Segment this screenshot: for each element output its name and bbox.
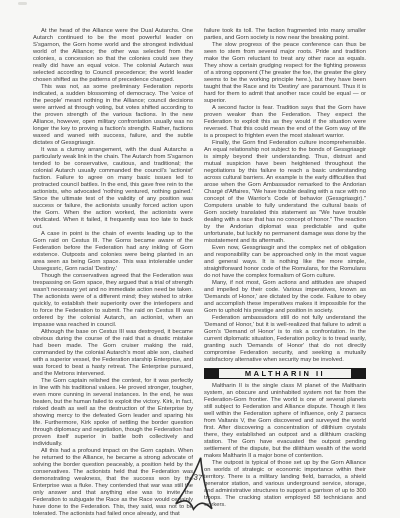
body-paragraph: All this had a profound impact on the Go… <box>33 448 193 518</box>
body-paragraph: Many, if not most, Gorn actions and atti… <box>204 280 366 315</box>
body-paragraph: The outpost is typical of those set up b… <box>204 460 366 509</box>
body-paragraph: Maltharin II is the single class M plane… <box>204 383 366 460</box>
page-number-delta: 37 <box>173 453 220 514</box>
page-number: 37 <box>193 472 204 482</box>
document-page: { "colors": { "paper": "#f7f7f5", "ink":… <box>0 0 400 518</box>
body-paragraph: At the head of the Alliance were the Dua… <box>33 28 193 84</box>
body-paragraph: The slow progress of the peace conferenc… <box>204 42 366 105</box>
body-paragraph: failure took its toll. The faction fragm… <box>204 28 366 42</box>
body-paragraph: A case in point is the chain of events l… <box>33 231 193 273</box>
delta-outline <box>175 455 218 512</box>
heading-bar-right-block <box>351 369 366 378</box>
right-column-upper-text: failure took its toll. The faction fragm… <box>204 28 366 364</box>
right-column: failure took its toll. The faction fragm… <box>204 28 366 509</box>
body-paragraph: This was not, as some preliminary Federa… <box>33 84 193 147</box>
body-paragraph: A second factor is fear. Tradition says … <box>204 105 366 140</box>
body-paragraph: Although the base on Cestus III was dest… <box>33 329 193 378</box>
body-paragraph: Though the conservatives agreed that the… <box>33 273 193 329</box>
body-paragraph: The Gorn captain relished the contest, f… <box>33 378 193 448</box>
body-paragraph: Even now, Gessgriasgir and the complex n… <box>204 245 366 280</box>
starfleet-delta-icon: 37 <box>173 453 220 514</box>
body-paragraph: It was a clumsy arrangement, with the du… <box>33 147 193 231</box>
right-column-lower-text: Maltharin II is the single class M plane… <box>204 383 366 509</box>
section-heading-bar: MALTHARIN II <box>204 368 366 379</box>
heading-bar-left-block <box>204 369 219 378</box>
body-paragraph: Finally, the Gorn find Federation cultur… <box>204 140 366 245</box>
scan-artifact <box>18 2 27 5</box>
body-paragraph: Federation ambassadors still do not full… <box>204 315 366 364</box>
left-column: At the head of the Alliance were the Dua… <box>33 28 193 518</box>
section-heading-label: MALTHARIN II <box>219 369 351 378</box>
